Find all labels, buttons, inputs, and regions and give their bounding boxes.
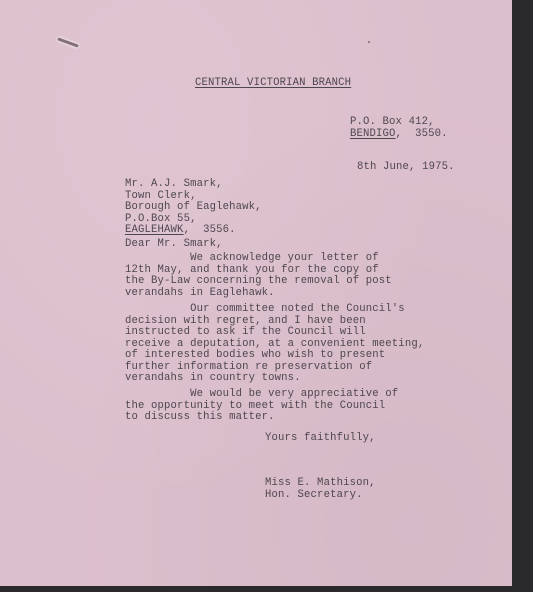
paragraph-line: of interested bodies who wish to present <box>125 350 385 362</box>
paragraph-line: the By-Law concerning the removal of pos… <box>125 276 392 288</box>
paragraph-line: We would be very appreciative of <box>125 389 398 401</box>
salutation: Dear Mr. Smark, <box>125 239 223 251</box>
paragraph-line: verandahs in country towns. <box>125 373 301 385</box>
letter-page: CENTRAL VICTORIAN BRANCH P.O. Box 412, B… <box>0 0 512 586</box>
letter-date: 8th June, 1975. <box>357 162 455 174</box>
paragraph-line: We acknowledge your letter of <box>125 253 379 265</box>
signatory-name: Miss E. Mathison, <box>265 478 376 490</box>
sender-city: BENDIGO <box>350 128 396 140</box>
scanner-background-right <box>512 0 533 592</box>
paragraph-line: instructed to ask if the Council will <box>125 327 366 339</box>
signatory-role: Hon. Secretary. <box>265 490 363 502</box>
scanner-background-bottom <box>0 586 533 592</box>
closing: Yours faithfully, <box>265 433 376 445</box>
sender-postcode: , 3550. <box>396 128 448 140</box>
recipient-organisation: Borough of Eaglehawk, <box>125 202 262 214</box>
recipient-city-line: EAGLEHAWK, 3556. <box>125 225 236 237</box>
paper-speck <box>368 41 370 43</box>
recipient-name: Mr. A.J. Smark, <box>125 179 223 191</box>
paragraph-line: to discuss this matter. <box>125 412 275 424</box>
paragraph-line: Our committee noted the Council's <box>125 304 405 316</box>
sender-address-line1: P.O. Box 412, <box>350 117 435 129</box>
letter-heading: CENTRAL VICTORIAN BRANCH <box>195 78 351 90</box>
paragraph-line: verandahs in Eaglehawk. <box>125 288 275 300</box>
sender-address-line2: BENDIGO, 3550. <box>350 129 448 141</box>
recipient-city: EAGLEHAWK <box>125 224 184 236</box>
recipient-postcode: , 3556. <box>184 224 236 236</box>
paper-blemish <box>57 37 79 47</box>
